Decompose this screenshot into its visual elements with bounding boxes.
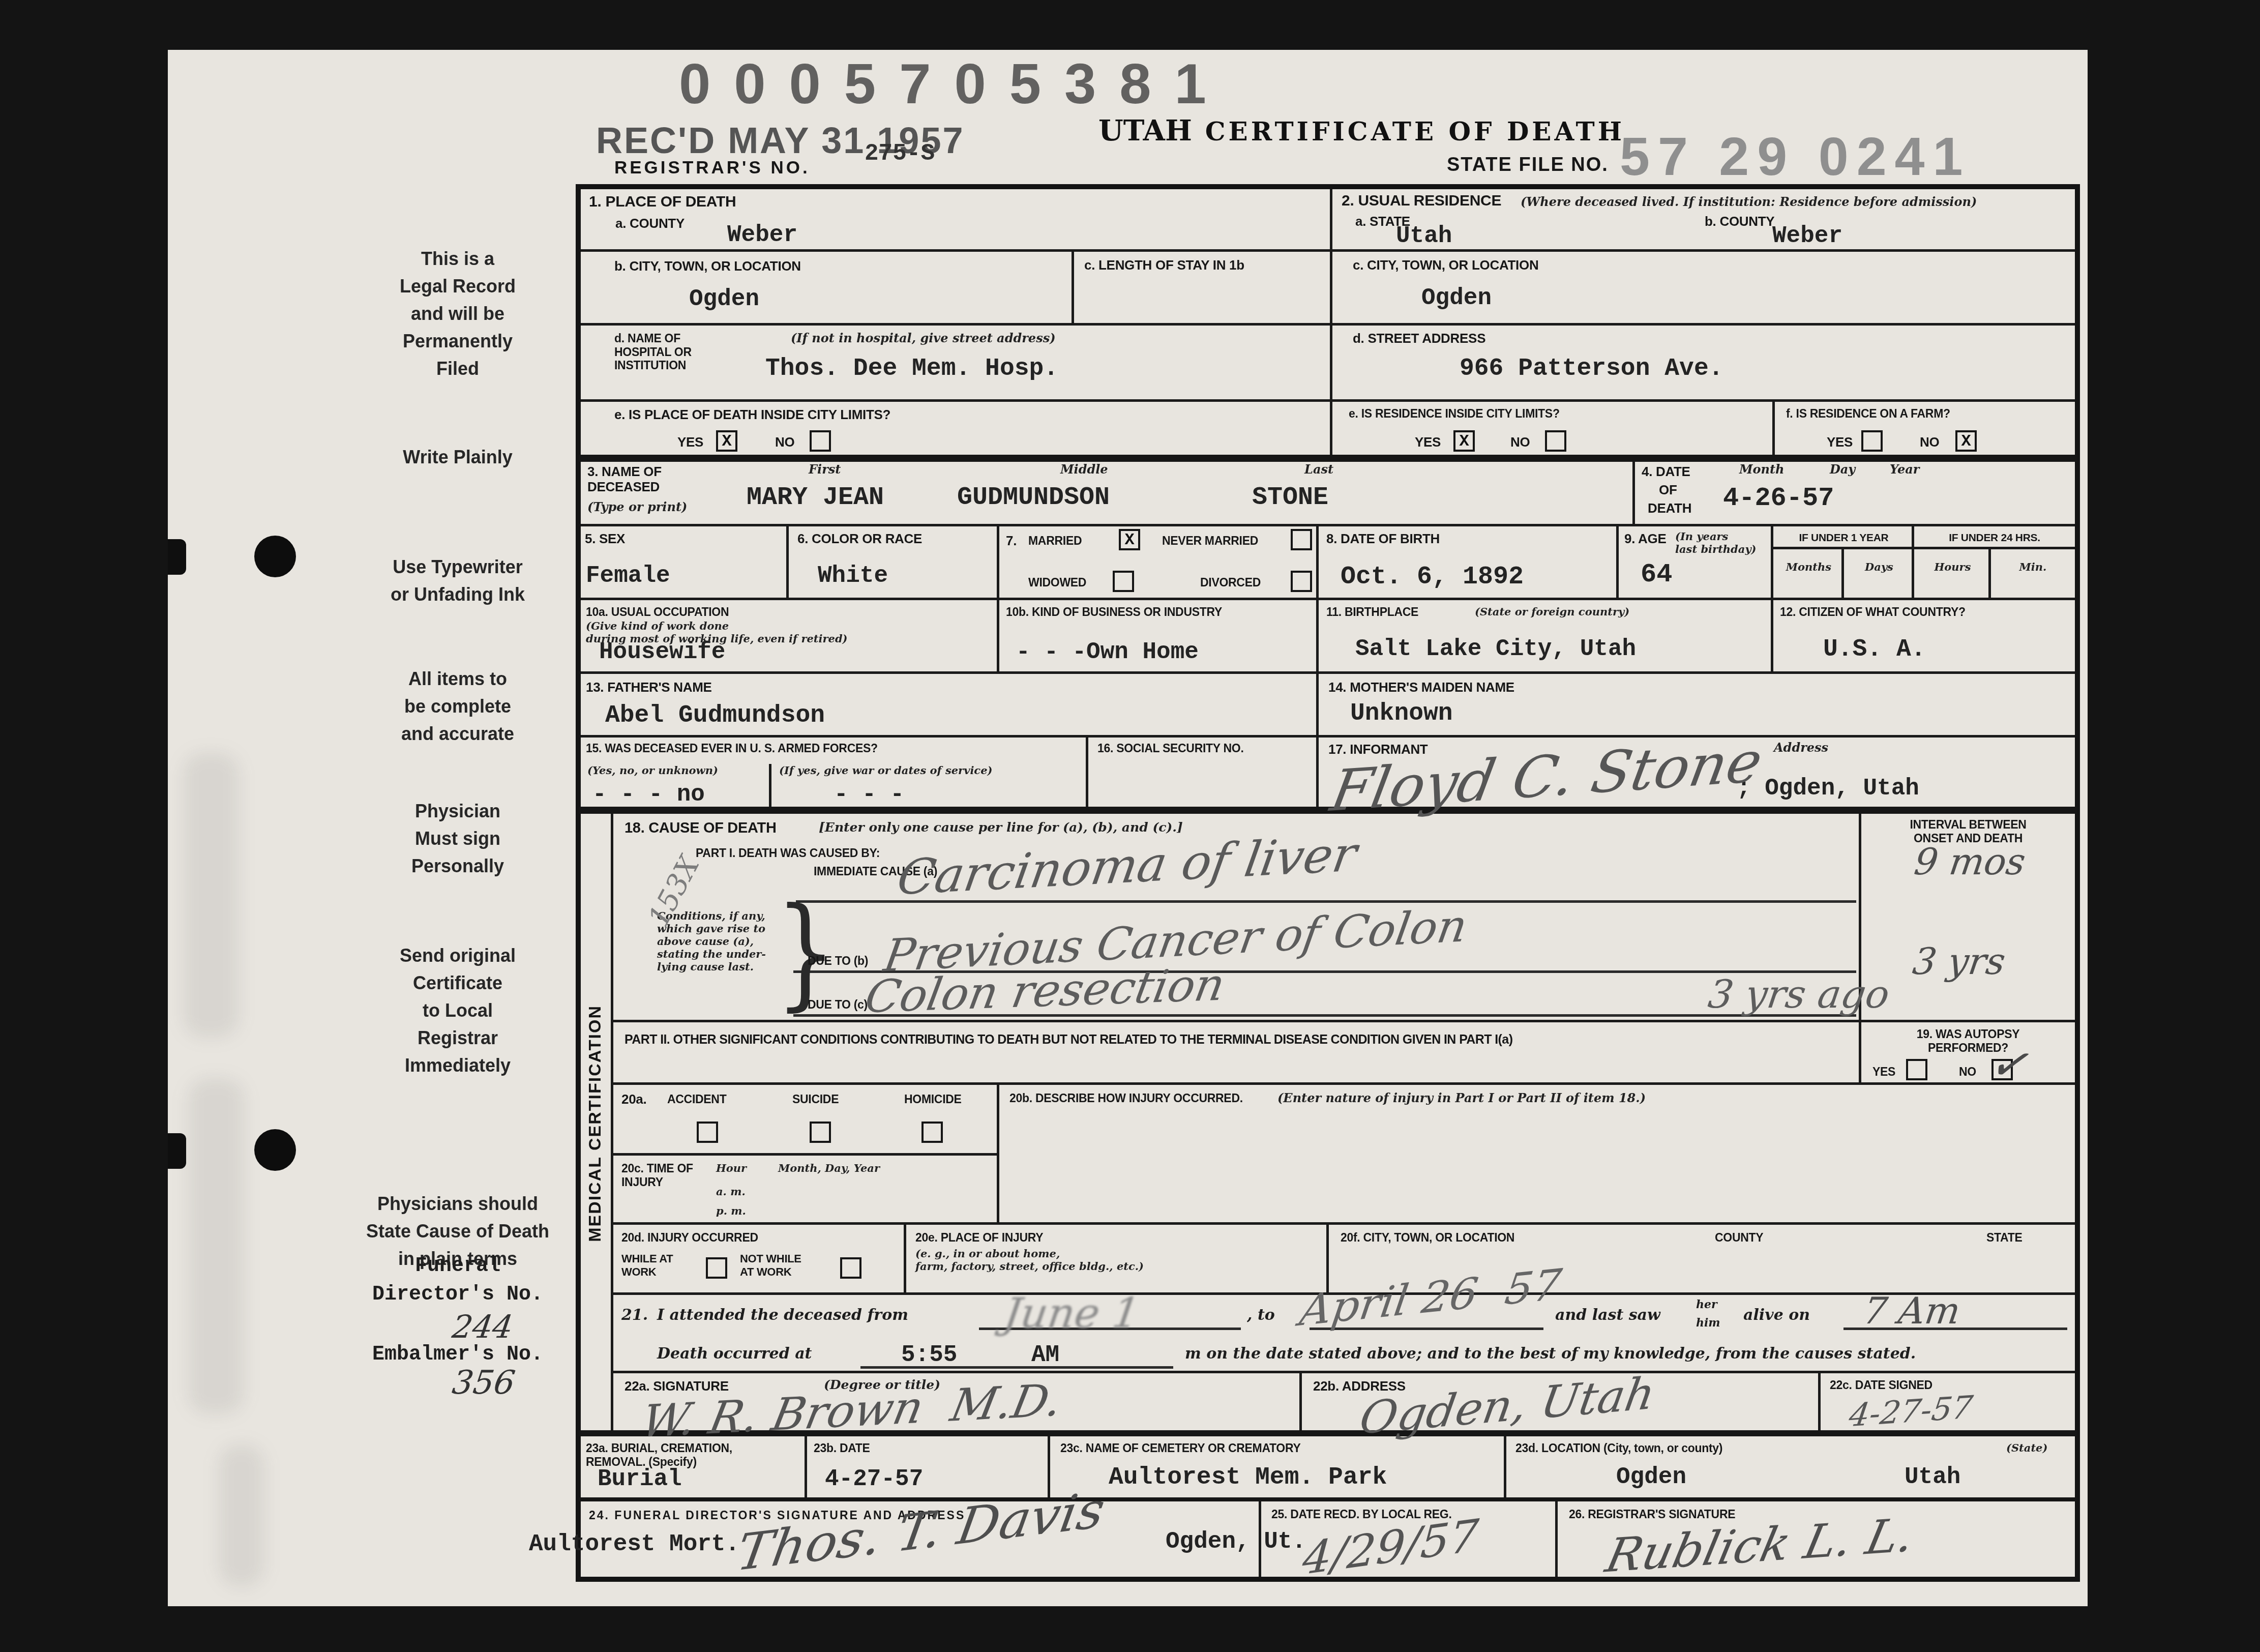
field-19-no-label: NO bbox=[1959, 1065, 1976, 1079]
field-20c-am-label: a. m. bbox=[716, 1185, 746, 1198]
death-time-value: 5:55 bbox=[901, 1342, 957, 1368]
field-7-never-married-label: NEVER MARRIED bbox=[1162, 534, 1258, 548]
field-20e-note: (e. g., in or about home, farm, factory,… bbox=[915, 1247, 1144, 1273]
field-11-value: Salt Lake City, Utah bbox=[1355, 636, 1636, 662]
field-22a-label: 22a. SIGNATURE bbox=[625, 1378, 729, 1394]
margin-note-send-original: Send original Certificate to Local Regis… bbox=[325, 942, 590, 1079]
margin-note-legal-record: This is a Legal Record and will be Perma… bbox=[325, 245, 590, 382]
field-15-note1: (Yes, no, or unknown) bbox=[587, 764, 765, 777]
field-3-first-value: MARY JEAN bbox=[747, 483, 884, 512]
funeral-home-name: Aultorest Mort. bbox=[529, 1531, 739, 1557]
field-4-day-label: Day bbox=[1830, 462, 1855, 477]
checkbox-suicide bbox=[810, 1122, 831, 1143]
field-6-label: 6. COLOR OR RACE bbox=[797, 531, 922, 546]
field-4-value: 4-26-57 bbox=[1723, 483, 1834, 513]
field-12-value: U.S. A. bbox=[1823, 636, 1926, 663]
field-8-label: 8. DATE OF BIRTH bbox=[1326, 531, 1440, 546]
field-15-value1: - - - no bbox=[592, 781, 705, 808]
field-2-title: 2. USUAL RESIDENCE bbox=[1342, 192, 1501, 210]
field-7-widowed-label: WIDOWED bbox=[1028, 576, 1086, 589]
field-21-num: 21. bbox=[621, 1306, 648, 1324]
checkbox-divorced bbox=[1291, 571, 1312, 592]
edge-notch-top bbox=[168, 539, 186, 575]
field-23c-value: Aultorest Mem. Park bbox=[1109, 1464, 1387, 1491]
margin-note-complete: All items to be complete and accurate bbox=[325, 665, 590, 748]
field-under1yr-label: IF UNDER 1 YEAR bbox=[1773, 532, 1914, 544]
field-3-last-label: Last bbox=[1304, 462, 1333, 477]
field-13-label: 13. FATHER'S NAME bbox=[586, 680, 712, 695]
field-21-him-label: him bbox=[1696, 1316, 1720, 1330]
field-18-due-c-label: DUE TO (c) bbox=[808, 998, 868, 1012]
field-20e-label: 20e. PLACE OF INJURY bbox=[915, 1231, 1043, 1245]
field-months-label: Months bbox=[1773, 560, 1844, 573]
field-10a-value: Housewife bbox=[599, 639, 725, 665]
field-23b-value: 4-27-57 bbox=[825, 1466, 923, 1492]
field-1c-label: c. LENGTH OF STAY IN 1b bbox=[1084, 257, 1323, 273]
field-21-text5: Death occurred at bbox=[657, 1345, 812, 1363]
checkbox-2e-yes-checked: X bbox=[1453, 430, 1475, 452]
field-20c-label: 20c. TIME OF INJURY bbox=[621, 1162, 693, 1189]
field-2-title-note: (Where deceased lived. If institution: R… bbox=[1521, 194, 2070, 209]
edge-notch-bottom bbox=[168, 1133, 186, 1169]
field-20f-label: 20f. CITY, TOWN, OR LOCATION bbox=[1341, 1231, 1514, 1245]
title-rest: CERTIFICATE OF DEATH bbox=[1205, 116, 1625, 146]
ink-bleed-smudge bbox=[188, 1078, 244, 1414]
field-7-married-label: MARRIED bbox=[1028, 534, 1082, 548]
field-4-title-3: DEATH bbox=[1648, 500, 1691, 516]
field-17-address-value: ; Ogden, Utah bbox=[1737, 775, 1919, 802]
field-13-value: Abel Gudmundson bbox=[605, 702, 825, 729]
field-21-text4: alive on bbox=[1743, 1306, 1810, 1324]
field-1e-no-label: NO bbox=[775, 434, 794, 450]
title-state: UTAH bbox=[1098, 114, 1192, 147]
field-15-value2: - - - bbox=[834, 781, 904, 808]
field-4-month-label: Month bbox=[1739, 462, 1785, 477]
margin-note-typewriter: Use Typewriter or Unfading Ink bbox=[325, 553, 590, 608]
field-2b-label: b. COUNTY bbox=[1705, 214, 1774, 229]
field-3-last-value: STONE bbox=[1252, 483, 1328, 512]
checkbox-19-no-checkmark: ✓ bbox=[1986, 1035, 2031, 1093]
medical-certification-label: MEDICAL CERTIFICATION bbox=[585, 1005, 605, 1242]
field-14-value: Unknown bbox=[1350, 700, 1453, 727]
field-26-label: 26. REGISTRAR'S SIGNATURE bbox=[1569, 1508, 1735, 1521]
field-21-text3: and last saw bbox=[1555, 1306, 1660, 1324]
field-2a-value: Utah bbox=[1396, 223, 1452, 249]
divider bbox=[580, 1497, 2077, 1501]
field-9-label: 9. AGE bbox=[1624, 531, 1666, 546]
field-20a-homicide-label: HOMICIDE bbox=[904, 1093, 962, 1106]
field-20a-suicide-label: SUICIDE bbox=[792, 1093, 839, 1106]
field-20d-notwhile-label: NOT WHILE AT WORK bbox=[740, 1252, 801, 1278]
field-1d-label: d. NAME OF HOSPITAL OR INSTITUTION bbox=[614, 332, 692, 372]
field-part2-label: PART II. OTHER SIGNIFICANT CONDITIONS CO… bbox=[625, 1032, 1845, 1047]
checkbox-widowed bbox=[1113, 571, 1134, 592]
field-23a-value: Burial bbox=[598, 1466, 682, 1492]
checkbox-never-married bbox=[1291, 529, 1312, 550]
field-under24-label: IF UNDER 24 HRS. bbox=[1914, 532, 2075, 544]
field-2e-yes-label: YES bbox=[1415, 434, 1441, 450]
cause-c-value-interval: 3 yrs ago bbox=[1706, 971, 1892, 1017]
field-7-divorced-label: DIVORCED bbox=[1200, 576, 1261, 589]
field-2f-label: f. IS RESIDENCE ON A FARM? bbox=[1786, 407, 1950, 421]
state-file-no-label: STATE FILE NO. bbox=[1447, 154, 1609, 176]
death-time-ampm: AM bbox=[1031, 1342, 1059, 1368]
conditions-brace: } bbox=[775, 892, 837, 1013]
checkbox-19-yes bbox=[1906, 1059, 1927, 1080]
field-2b-value: Weber bbox=[1772, 223, 1842, 249]
field-21-text6: m on the date stated above; and to the b… bbox=[1185, 1345, 1916, 1363]
field-11-note: (State or foreign country) bbox=[1475, 605, 1629, 618]
field-2d-label: d. STREET ADDRESS bbox=[1353, 331, 1485, 346]
field-1d-note: (If not in hospital, give street address… bbox=[791, 331, 1056, 345]
field-9-note: (In years last birthday) bbox=[1675, 530, 1772, 555]
checkbox-accident bbox=[697, 1122, 718, 1143]
field-21-her-label: her bbox=[1696, 1298, 1717, 1311]
field-5-label: 5. SEX bbox=[585, 531, 625, 546]
field-18-note: [Enter only one cause per line for (a), … bbox=[819, 820, 1183, 835]
field-20f-state-label: STATE bbox=[1986, 1231, 2022, 1245]
field-2f-no-label: NO bbox=[1920, 434, 1939, 450]
registrars-no-label: REGISTRAR'S NO. bbox=[614, 158, 810, 179]
field-23c-label: 23c. NAME OF CEMETERY OR CREMATORY bbox=[1060, 1441, 1300, 1455]
field-21-text1: I attended the deceased from bbox=[657, 1306, 908, 1324]
field-10b-label: 10b. KIND OF BUSINESS OR INDUSTRY bbox=[1006, 605, 1311, 619]
checkbox-2f-yes bbox=[1861, 430, 1883, 452]
checkbox-2f-no-checked: X bbox=[1955, 430, 1977, 452]
field-20d-label: 20d. INJURY OCCURRED bbox=[621, 1231, 758, 1245]
field-23b-label: 23b. DATE bbox=[814, 1441, 870, 1455]
field-18-part1: PART I. DEATH WAS CAUSED BY: bbox=[696, 846, 880, 860]
field-20c-pm-label: p. m. bbox=[716, 1204, 746, 1217]
registrars-no-value: 275-S bbox=[865, 140, 935, 167]
field-20f-county-label: COUNTY bbox=[1715, 1231, 1763, 1245]
punch-hole-top bbox=[254, 536, 296, 577]
death-certificate-scan: 0005705381 REC'D MAY 31 1957 REGISTRAR'S… bbox=[0, 0, 2260, 1652]
field-1d-value: Thos. Dee Mem. Hosp. bbox=[765, 355, 1058, 382]
field-2e-no-label: NO bbox=[1510, 434, 1530, 450]
checkbox-2e-no bbox=[1545, 430, 1566, 452]
field-1b-value: Ogden bbox=[689, 286, 759, 312]
field-8-value: Oct. 6, 1892 bbox=[1341, 563, 1524, 592]
field-11-label: 11. BIRTHPLACE bbox=[1326, 605, 1418, 619]
checkbox-1e-yes-checked: X bbox=[716, 430, 737, 452]
funeral-home-city: Ogden, Ut. bbox=[1166, 1528, 1306, 1555]
ink-bleed-smudge bbox=[183, 753, 239, 1038]
field-days-label: Days bbox=[1844, 560, 1914, 573]
field-15-label: 15. WAS DECEASED EVER IN U. S. ARMED FOR… bbox=[586, 742, 878, 755]
field-20c-mdy-label: Month, Day, Year bbox=[778, 1162, 880, 1174]
field-min-label: Min. bbox=[1991, 560, 2075, 573]
punch-hole-bottom bbox=[254, 1129, 296, 1171]
field-19-label: 19. WAS AUTOPSY PERFORMED? bbox=[1871, 1027, 2065, 1054]
field-20a-accident-label: ACCIDENT bbox=[667, 1093, 726, 1106]
field-23d-city-value: Ogden bbox=[1616, 1464, 1686, 1490]
divider bbox=[580, 455, 2077, 462]
field-10a-label: 10a. USUAL OCCUPATION bbox=[586, 605, 729, 619]
field-12-label: 12. CITIZEN OF WHAT COUNTRY? bbox=[1780, 605, 1966, 619]
checkbox-married-checked: X bbox=[1119, 529, 1140, 550]
field-3-title: 3. NAME OF DECEASED bbox=[587, 464, 662, 494]
document-title: UTAH CERTIFICATE OF DEATH bbox=[1098, 114, 1625, 147]
field-20b-note: (Enter nature of injury in Part I or Par… bbox=[1277, 1090, 1646, 1105]
checkbox-not-while-at-work bbox=[840, 1257, 861, 1279]
field-23d-label: 23d. LOCATION (City, town, or county) bbox=[1515, 1441, 1722, 1455]
alive-on-value: 7 Am bbox=[1861, 1289, 1963, 1332]
checkbox-homicide bbox=[921, 1122, 943, 1143]
field-3-first-label: First bbox=[809, 462, 841, 477]
funeral-directors-no-value: 244 bbox=[450, 1308, 516, 1345]
field-3-note: (Type or print) bbox=[587, 499, 687, 514]
embalmers-no-value: 356 bbox=[450, 1364, 518, 1402]
field-21-text2: , to bbox=[1247, 1306, 1275, 1324]
field-23d-state-label: (State) bbox=[2006, 1441, 2047, 1454]
field-18-label: 18. CAUSE OF DEATH bbox=[625, 820, 777, 837]
field-10b-value: - - -Own Home bbox=[1016, 639, 1199, 665]
field-20d-while-label: WHILE AT WORK bbox=[621, 1252, 673, 1278]
field-2c-value: Ogden bbox=[1421, 285, 1492, 311]
field-1a-value: Weber bbox=[727, 222, 797, 248]
field-9-value: 64 bbox=[1641, 559, 1672, 589]
field-1a-label: a. COUNTY bbox=[615, 216, 685, 231]
field-4-title-1: 4. DATE bbox=[1642, 464, 1690, 479]
field-2f-yes-label: YES bbox=[1827, 434, 1853, 450]
field-1e-label: e. IS PLACE OF DEATH INSIDE CITY LIMITS? bbox=[614, 407, 890, 422]
field-20c-hour-label: Hour bbox=[716, 1162, 747, 1174]
state-file-no-value: 57 29 0241 bbox=[1620, 126, 1971, 188]
field-5-value: Female bbox=[586, 563, 670, 589]
field-hours-label: Hours bbox=[1914, 560, 1991, 573]
checkbox-1e-no bbox=[810, 430, 831, 452]
field-20a-num: 20a. bbox=[621, 1091, 646, 1107]
margin-note-write-plainly: Write Plainly bbox=[325, 444, 590, 471]
field-15-note2: (If yes, give war or dates of service) bbox=[779, 764, 1084, 777]
funeral-directors-no-label: Funeral Director's No. bbox=[325, 1252, 590, 1309]
attended-from-value: June 1 bbox=[1001, 1289, 1143, 1338]
margin-note-physician-sign: Physician Must sign Personally bbox=[325, 798, 590, 880]
interval-a-value: 9 mos bbox=[1912, 840, 2028, 883]
field-1e-yes-label: YES bbox=[677, 434, 703, 450]
field-2c-label: c. CITY, TOWN, OR LOCATION bbox=[1353, 257, 1538, 273]
field-17-address-label: Address bbox=[1774, 740, 1828, 755]
field-16-label: 16. SOCIAL SECURITY NO. bbox=[1097, 742, 1244, 755]
field-1b-label: b. CITY, TOWN, OR LOCATION bbox=[614, 258, 801, 274]
field-23d-state-value: Utah bbox=[1905, 1464, 1960, 1490]
field-2d-value: 966 Patterson Ave. bbox=[1460, 355, 1723, 382]
interval-b-value: 3 yrs bbox=[1910, 940, 2008, 983]
field-4-title-2: OF bbox=[1659, 482, 1677, 497]
field-19-yes-label: YES bbox=[1872, 1065, 1895, 1079]
field-6-value: White bbox=[818, 563, 888, 589]
ink-bleed-smudge bbox=[219, 1444, 264, 1587]
field-14-label: 14. MOTHER'S MAIDEN NAME bbox=[1328, 680, 1514, 695]
field-4-year-label: Year bbox=[1890, 462, 1920, 477]
checkbox-while-at-work bbox=[706, 1257, 727, 1279]
field-3-middle-label: Middle bbox=[1060, 462, 1108, 477]
field-20b-label: 20b. DESCRIBE HOW INJURY OCCURRED. bbox=[1009, 1091, 1243, 1105]
field-7-num: 7. bbox=[1006, 533, 1017, 548]
field-22c-label: 22c. DATE SIGNED bbox=[1830, 1378, 1932, 1392]
field-2e-label: e. IS RESIDENCE INSIDE CITY LIMITS? bbox=[1349, 407, 1560, 421]
serial-number-stamp: 0005705381 bbox=[679, 51, 1230, 116]
field-3-middle-value: GUDMUNDSON bbox=[957, 483, 1110, 512]
field-1-title: 1. PLACE OF DEATH bbox=[589, 193, 736, 211]
field-18-due-b-label: DUE TO (b) bbox=[808, 954, 868, 968]
